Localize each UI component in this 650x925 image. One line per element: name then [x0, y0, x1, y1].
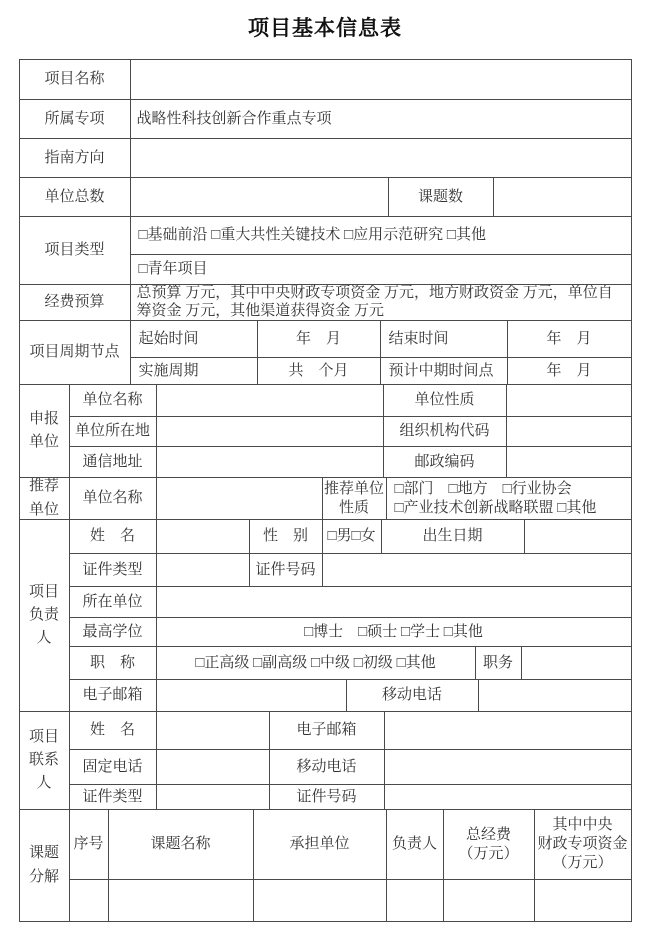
row-contact-3: 证件类型 证件号码: [70, 785, 632, 810]
subtopic-central-fund-value: [535, 880, 632, 922]
leader-duty-label: 职务: [476, 647, 522, 680]
org-code-label: 组织机构代码: [384, 417, 507, 447]
recommender-name-label: 单位名称: [70, 478, 157, 520]
contact-phone-label: 固定电话: [70, 750, 157, 785]
row-budget: 经费预算 总预算 万元，其中中央财政专项资金 万元，地方财政资金 万元，单位自筹…: [20, 285, 632, 321]
leader-mobile-label: 移动电话: [347, 680, 479, 712]
leader-degree-label: 最高学位: [70, 618, 157, 647]
mid-term-label: 预计中期时间点: [381, 358, 508, 385]
subtopic-name-value: [109, 880, 254, 922]
leader-gender-label: 性 别: [250, 520, 323, 554]
guide-direction-value: [131, 139, 632, 178]
contact-mobile-value: [385, 750, 632, 785]
recommender-name-value: [157, 478, 323, 520]
leader-id-no-label: 证件号码: [250, 554, 323, 587]
contact-mobile-label: 移动电话: [270, 750, 385, 785]
contact-id-type-value: [157, 785, 270, 810]
special-program-label: 所属专项: [20, 100, 131, 139]
youth-project-checkbox: □青年项目: [131, 255, 632, 285]
leader-org-value: [157, 587, 632, 618]
unit-name-value: [157, 385, 384, 417]
start-time-value: 年 月: [258, 321, 381, 358]
row-project-name: 项目名称: [20, 60, 632, 100]
postcode-value: [507, 447, 632, 478]
form-page: 项目基本信息表 项目名称 所属专项 战略性科技创新合作重点专项 指南方向 单位总…: [0, 0, 650, 925]
row-contact-2: 固定电话 移动电话: [70, 750, 632, 785]
row-youth-project: □青年项目: [131, 255, 632, 285]
unit-name-label: 单位名称: [70, 385, 157, 417]
leader-birth-value: [525, 520, 632, 554]
subtopic-central-fund-header: 其中中央 财政专项资金 （万元）: [535, 810, 632, 880]
postcode-label: 邮政编码: [384, 447, 507, 478]
contact-name-value: [157, 712, 270, 750]
row-leader-email: 电子邮箱 移动电话: [70, 680, 632, 712]
project-name-value: [131, 60, 632, 100]
subtopic-leader-value: [387, 880, 444, 922]
recommender-nature-checkboxes: □部门 □地方 □行业协会 □产业技术创新战略联盟 □其他: [387, 478, 632, 520]
row-special-program: 所属专项 战略性科技创新合作重点专项: [20, 100, 632, 139]
leader-gender-checkboxes: □男□女: [323, 520, 382, 554]
row-applicant-3: 通信地址 邮政编码: [70, 447, 632, 478]
subtopic-seq-header: 序号: [70, 810, 109, 880]
leader-id-no-value: [323, 554, 632, 587]
project-contact-group-label: 项目 联系 人: [20, 712, 70, 810]
project-cycle-label: 项目周期节点: [20, 321, 131, 385]
unit-location-label: 单位所在地: [70, 417, 157, 447]
section-recommender-unit: 推荐 单位 单位名称 推荐单位 性质 □部门 □地方 □行业协会 □产业技术创新…: [20, 478, 632, 520]
subtopic-org-header: 承担单位: [254, 810, 387, 880]
end-time-label: 结束时间: [381, 321, 508, 358]
section-project-contact: 项目 联系 人 姓 名 电子邮箱 固定电话 移动电话 证件类型 证: [20, 712, 632, 810]
recommender-nature-label: 推荐单位 性质: [323, 478, 387, 520]
row-contact-1: 姓 名 电子邮箱: [70, 712, 632, 750]
special-program-value: 战略性科技创新合作重点专项: [131, 100, 632, 139]
contact-email-value: [385, 712, 632, 750]
leader-mobile-value: [479, 680, 632, 712]
leader-name-label: 姓 名: [70, 520, 157, 554]
leader-org-label: 所在单位: [70, 587, 157, 618]
project-name-label: 项目名称: [20, 60, 131, 100]
contact-phone-value: [157, 750, 270, 785]
guide-direction-label: 指南方向: [20, 139, 131, 178]
project-type-label: 项目类型: [20, 217, 131, 285]
row-project-type-options: □基础前沿 □重大共性关键技术 □应用示范研究 □其他: [131, 217, 632, 255]
page-title: 项目基本信息表: [0, 12, 650, 42]
section-project-cycle: 项目周期节点 起始时间 年 月 结束时间 年 月 实施周期 共 个月 预计中期时…: [20, 321, 632, 385]
unit-total-value: [131, 178, 389, 217]
applicant-unit-group-label: 申报 单位: [20, 385, 70, 478]
implementation-period-value: 共 个月: [258, 358, 381, 385]
subtopic-total-fund-header: 总经费 （万元）: [444, 810, 535, 880]
subtopic-total-fund-value: [444, 880, 535, 922]
mail-address-label: 通信地址: [70, 447, 157, 478]
row-recommender: 单位名称 推荐单位 性质 □部门 □地方 □行业协会 □产业技术创新战略联盟 □…: [70, 478, 632, 520]
leader-id-type-value: [157, 554, 250, 587]
row-guide-direction: 指南方向: [20, 139, 632, 178]
subtopics-group-label: 课题 分解: [20, 810, 70, 922]
unit-location-value: [157, 417, 384, 447]
row-cycle-period-mid: 实施周期 共 个月 预计中期时间点 年 月: [131, 358, 632, 385]
project-type-checkboxes: □基础前沿 □重大共性关键技术 □应用示范研究 □其他: [131, 217, 632, 255]
implementation-period-label: 实施周期: [131, 358, 258, 385]
subtopic-name-header: 课题名称: [109, 810, 254, 880]
section-applicant-unit: 申报 单位 单位名称 单位性质 单位所在地 组织机构代码 通信地址: [20, 385, 632, 478]
contact-id-no-label: 证件号码: [270, 785, 385, 810]
leader-email-value: [157, 680, 347, 712]
section-project-type: 项目类型 □基础前沿 □重大共性关键技术 □应用示范研究 □其他 □青年项目: [20, 217, 632, 285]
unit-nature-label: 单位性质: [384, 385, 507, 417]
row-applicant-2: 单位所在地 组织机构代码: [70, 417, 632, 447]
leader-duty-value: [522, 647, 632, 680]
row-unit-counts: 单位总数 课题数: [20, 178, 632, 217]
row-subtopics-header: 序号 课题名称 承担单位 负责人 总经费 （万元） 其中中央 财政专项资金 （万…: [70, 810, 632, 880]
leader-birth-label: 出生日期: [382, 520, 525, 554]
contact-name-label: 姓 名: [70, 712, 157, 750]
subtopic-leader-header: 负责人: [387, 810, 444, 880]
budget-label: 经费预算: [20, 285, 131, 321]
subtopic-org-value: [254, 880, 387, 922]
unit-total-label: 单位总数: [20, 178, 131, 217]
mail-address-value: [157, 447, 384, 478]
row-subtopics-empty: [70, 880, 632, 922]
row-leader-degree: 最高学位 □博士 □硕士 □学士 □其他: [70, 618, 632, 647]
leader-name-value: [157, 520, 250, 554]
mid-term-value: 年 月: [508, 358, 632, 385]
contact-email-label: 电子邮箱: [270, 712, 385, 750]
row-leader-title: 职 称 □正高级 □副高级 □中级 □初级 □其他 职务: [70, 647, 632, 680]
end-time-value: 年 月: [508, 321, 632, 358]
row-cycle-start-end: 起始时间 年 月 结束时间 年 月: [131, 321, 632, 358]
row-leader-org: 所在单位: [70, 587, 632, 618]
recommender-group-label: 推荐 单位: [20, 478, 70, 520]
contact-id-type-label: 证件类型: [70, 785, 157, 810]
budget-value: 总预算 万元，其中中央财政专项资金 万元，地方财政资金 万元，单位自筹资金 万元…: [131, 285, 632, 321]
project-leader-group-label: 项目 负责 人: [20, 520, 70, 712]
leader-degree-checkboxes: □博士 □硕士 □学士 □其他: [157, 618, 632, 647]
leader-title-checkboxes: □正高级 □副高级 □中级 □初级 □其他: [157, 647, 476, 680]
row-leader-name: 姓 名 性 别 □男□女 出生日期: [70, 520, 632, 554]
contact-id-no-value: [385, 785, 632, 810]
section-project-leader: 项目 负责 人 姓 名 性 别 □男□女 出生日期 证件类型 证件号码: [20, 520, 632, 712]
leader-title-label: 职 称: [70, 647, 157, 680]
row-applicant-1: 单位名称 单位性质: [70, 385, 632, 417]
start-time-label: 起始时间: [131, 321, 258, 358]
project-info-table: 项目名称 所属专项 战略性科技创新合作重点专项 指南方向 单位总数 课题数 项目…: [19, 59, 632, 922]
unit-nature-value: [507, 385, 632, 417]
org-code-value: [507, 417, 632, 447]
topic-count-value: [494, 178, 632, 217]
leader-id-type-label: 证件类型: [70, 554, 157, 587]
row-leader-id: 证件类型 证件号码: [70, 554, 632, 587]
section-subtopics: 课题 分解 序号 课题名称 承担单位 负责人 总经费 （万元） 其中中央 财政专…: [20, 810, 632, 922]
topic-count-label: 课题数: [389, 178, 494, 217]
leader-email-label: 电子邮箱: [70, 680, 157, 712]
subtopic-seq-value: [70, 880, 109, 922]
